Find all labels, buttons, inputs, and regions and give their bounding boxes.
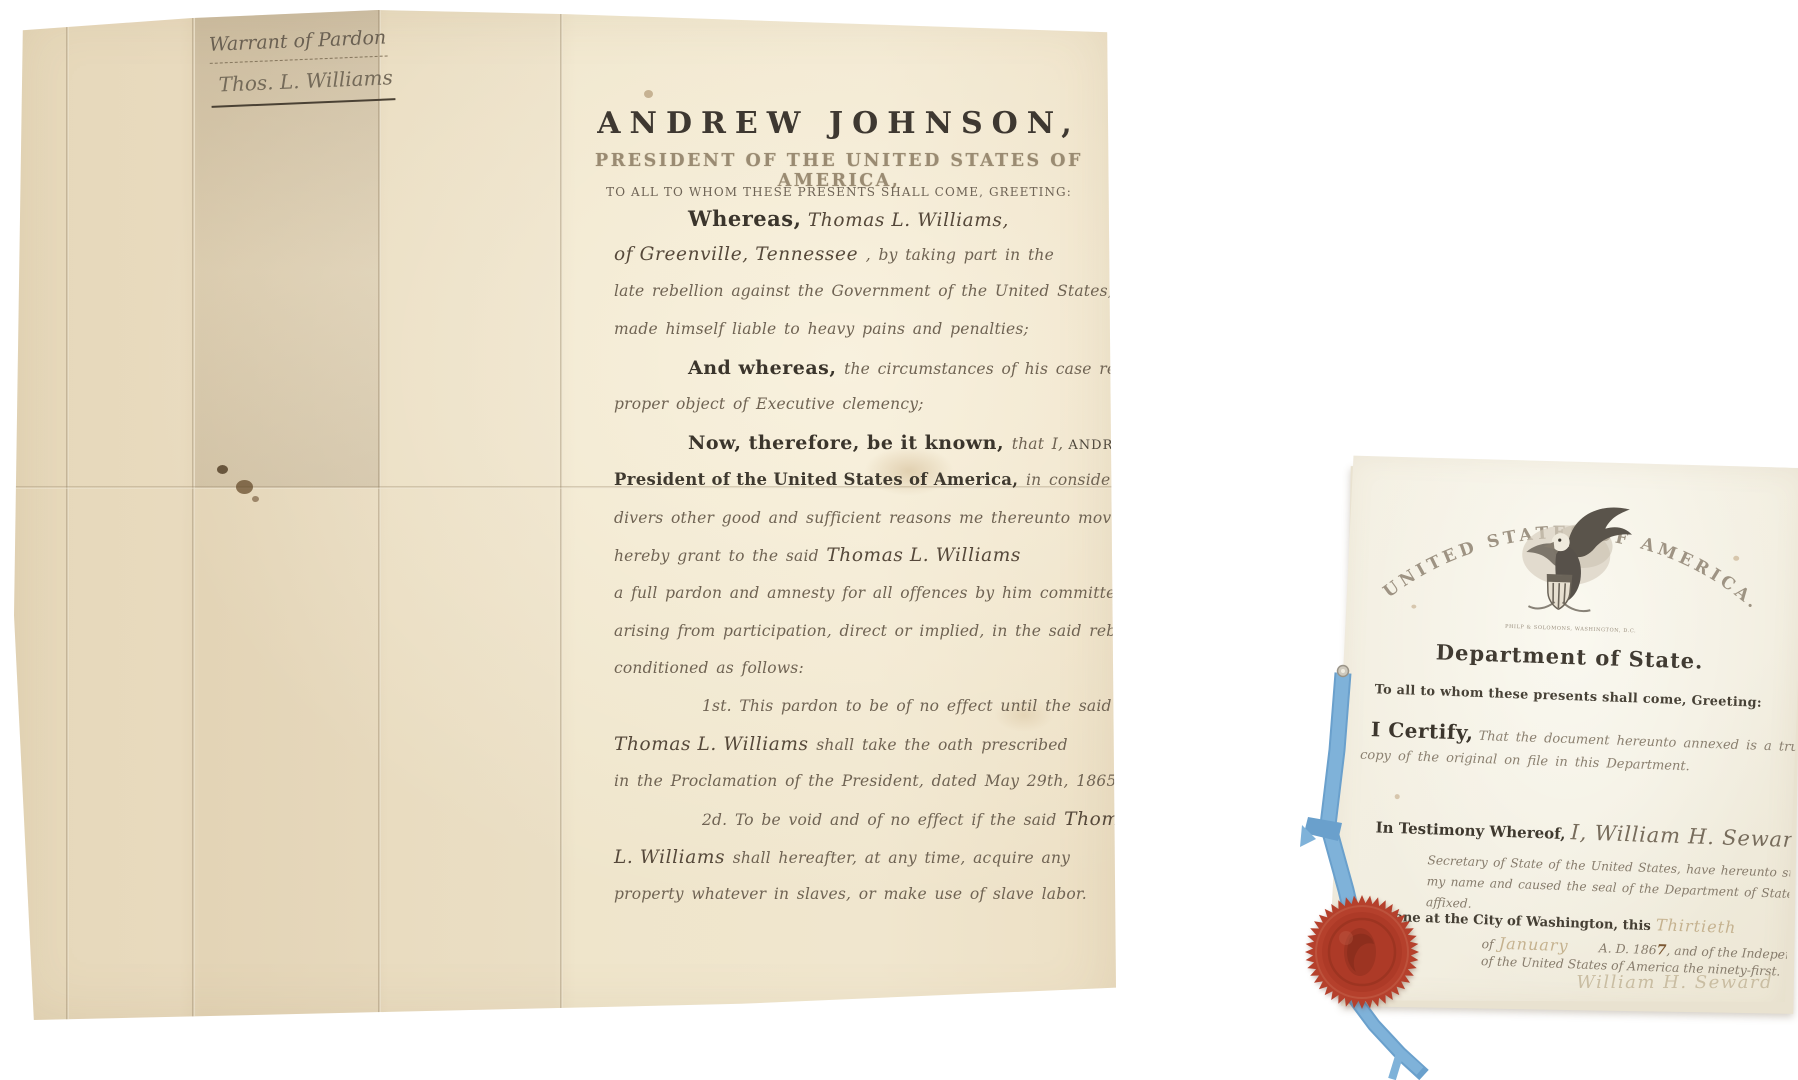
foxing-spot bbox=[1411, 604, 1416, 608]
photographed-documents: Warrant of Pardon Thos. L. Williams ANDR… bbox=[0, 0, 1798, 1080]
handwritten-year-digit: 7 bbox=[1656, 942, 1666, 958]
ink-stain bbox=[252, 496, 259, 502]
pardon-body-line: L. Williams shall hereafter, at any time… bbox=[614, 847, 1114, 885]
pardon-body-line: proper object of Executive clemency; bbox=[614, 394, 1114, 432]
pardon-body-line: Whereas, Thomas L. Williams, bbox=[614, 206, 1114, 244]
pardon-body-line: And whereas, the circumstances of his ca… bbox=[614, 357, 1114, 395]
pardon-body-line: arising from participation, direct or im… bbox=[614, 621, 1114, 659]
fold-crease-vertical bbox=[192, 8, 195, 1020]
eagle-engraving-icon bbox=[1506, 494, 1640, 626]
pardon-body-line: made himself liable to heavy pains and p… bbox=[614, 319, 1114, 357]
fold-crease-vertical bbox=[378, 8, 381, 1020]
pardon-body-line: Thomas L. Williams shall take the oath p… bbox=[614, 734, 1114, 772]
wax-seal bbox=[1302, 892, 1422, 1012]
pardon-warrant-document: Warrant of Pardon Thos. L. Williams ANDR… bbox=[14, 8, 1116, 1020]
seward-signature: William H. Seward bbox=[1576, 972, 1773, 993]
handwritten-month: January bbox=[1498, 934, 1594, 956]
certify-text: That the document hereunto annexed is a … bbox=[1478, 729, 1798, 755]
ink-stain bbox=[236, 480, 253, 494]
pardon-body-line: in the Proclamation of the President, da… bbox=[614, 771, 1114, 809]
docket-annotation: Warrant of Pardon Thos. L. Williams bbox=[209, 26, 398, 108]
blue-ribbon bbox=[1300, 655, 1470, 1080]
done-print: A. D. 186 bbox=[1599, 940, 1657, 957]
pardon-body-line: a full pardon and amnesty for all offenc… bbox=[614, 583, 1114, 621]
pardon-body-line: Now, therefore, be it known, that I, AND… bbox=[614, 432, 1114, 470]
pardon-body-line: 1st. This pardon to be of no effect unti… bbox=[614, 696, 1114, 734]
ink-stain bbox=[217, 465, 228, 474]
done-print: of bbox=[1481, 936, 1494, 951]
pardon-body-line: President of the United States of Americ… bbox=[614, 470, 1114, 508]
handwritten-day: Thirtieth bbox=[1656, 915, 1787, 939]
pardon-body-line: divers other good and sufficient reasons… bbox=[614, 508, 1114, 546]
fold-crease-vertical bbox=[66, 8, 69, 1020]
pardon-body-line: conditioned as follows: bbox=[614, 658, 1114, 696]
docket-name: Thos. L. Williams bbox=[210, 65, 397, 97]
pardon-salutation: TO ALL TO WHOM THESE PRESENTS SHALL COME… bbox=[562, 185, 1116, 199]
pardon-body-line: property whatever in slaves, or make use… bbox=[614, 884, 1114, 922]
pardon-body-text: Whereas, Thomas L. Williams, of Greenvil… bbox=[614, 206, 1114, 922]
docket-dashed-rule bbox=[210, 55, 388, 63]
pardon-body-line: hereby grant to the said Thomas L. Willi… bbox=[614, 545, 1114, 583]
seward-name-script: I, William H. Seward, bbox=[1570, 820, 1798, 853]
pardon-body-line: 2d. To be void and of no effect if the s… bbox=[614, 809, 1114, 847]
pardon-body-line: of Greenville, Tennessee , by taking par… bbox=[614, 244, 1114, 282]
pardon-body-line: late rebellion against the Government of… bbox=[614, 281, 1114, 319]
pardon-printed-page: ANDREW JOHNSON, PRESIDENT OF THE UNITED … bbox=[562, 8, 1116, 1020]
foxing-spot bbox=[1733, 556, 1739, 561]
pardon-title: ANDREW JOHNSON, bbox=[562, 106, 1116, 141]
